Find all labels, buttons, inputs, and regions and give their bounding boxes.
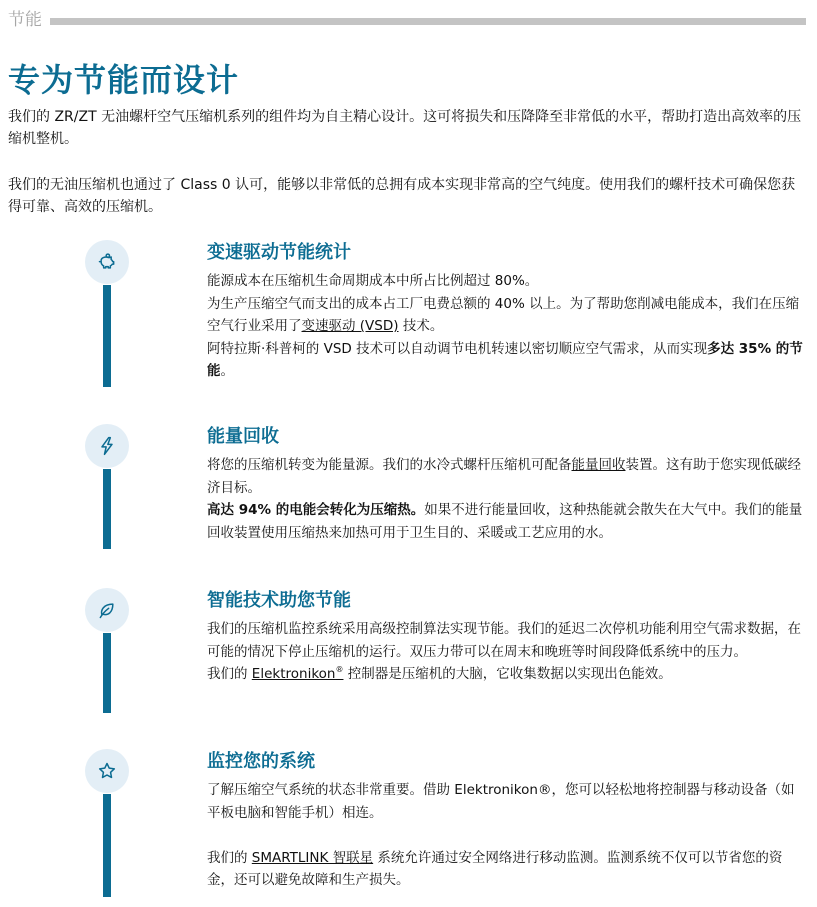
text: 为生产压缩空气而支出的成本占工厂电费总额的 40% 以上。为了帮助您削减电能成本…: [207, 296, 799, 335]
feature-paragraph: 为生产压缩空气而支出的成本占工厂电费总额的 40% 以上。为了帮助您削减电能成本…: [207, 293, 807, 338]
intro-paragraph-1: 我们的 ZR/ZT 无油螺杆空气压缩机系列的组件均为自主精心设计。这可将损失和压…: [8, 106, 808, 150]
section-label: 节能: [8, 7, 42, 33]
icon-circle: [85, 588, 129, 632]
timeline-marker: [85, 424, 129, 468]
text: 控制器是压缩机的大脑，它收集数据以实现出色能效。: [343, 666, 671, 682]
timeline-bar: [103, 469, 111, 549]
feature-paragraph: 阿特拉斯·科普柯的 VSD 技术可以自动调节电机转速以密切顺应空气需求，从而实现…: [207, 338, 807, 383]
smartlink-link[interactable]: SMARTLINK 智联星: [252, 850, 373, 866]
feature-title: 变速驱动节能统计: [207, 240, 807, 266]
text: 将您的压缩机转变为能量源。我们的水冷式螺杆压缩机可配备: [207, 457, 572, 473]
feature-body: 能量回收 将您的压缩机转变为能量源。我们的水冷式螺杆压缩机可配备能量回收装置。这…: [207, 424, 807, 544]
feature-text: 将您的压缩机转变为能量源。我们的水冷式螺杆压缩机可配备能量回收装置。这有助于您实…: [207, 454, 807, 544]
feature-text: 能源成本在压缩机生命周期成本中所占比例超过 80%。 为生产压缩空气而支出的成本…: [207, 270, 807, 383]
vsd-link[interactable]: 变速驱动 (VSD): [302, 318, 399, 334]
leaf-icon: [97, 600, 117, 620]
feature-paragraph: 高达 94% 的电能会转化为压缩热。如果不进行能量回收，这种热能就会散失在大气中…: [207, 499, 807, 544]
elektronikon-link[interactable]: Elektronikon®: [252, 666, 344, 682]
feature-paragraph: 了解压缩空气系统的状态非常重要。借助 Elektronikon®，您可以轻松地将…: [207, 779, 807, 824]
feature-text: 了解压缩空气系统的状态非常重要。借助 Elektronikon®，您可以轻松地将…: [207, 779, 807, 892]
feature-title: 能量回收: [207, 424, 807, 450]
feature-paragraph: 将您的压缩机转变为能量源。我们的水冷式螺杆压缩机可配备能量回收装置。这有助于您实…: [207, 454, 807, 499]
feature-body: 变速驱动节能统计 能源成本在压缩机生命周期成本中所占比例超过 80%。 为生产压…: [207, 240, 807, 383]
feature-text: 我们的压缩机监控系统采用高级控制算法实现节能。我们的延迟二次停机功能利用空气需求…: [207, 618, 807, 686]
timeline-bar: [103, 633, 111, 713]
feature-paragraph: 我们的压缩机监控系统采用高级控制算法实现节能。我们的延迟二次停机功能利用空气需求…: [207, 618, 807, 663]
timeline-bar: [103, 285, 111, 387]
text: 我们的: [207, 850, 252, 866]
feature-body: 智能技术助您节能 我们的压缩机监控系统采用高级控制算法实现节能。我们的延迟二次停…: [207, 588, 807, 686]
text: 我们的: [207, 666, 252, 682]
lightning-bolt-icon: [97, 436, 117, 456]
page-title: 专为节能而设计: [8, 60, 239, 100]
timeline-bar: [103, 794, 111, 897]
paragraph-gap: [207, 824, 807, 847]
intro-paragraph-2: 我们的无油压缩机也通过了 Class 0 认可，能够以非常低的总拥有成本实现非常…: [8, 174, 808, 218]
feature-paragraph: 我们的 Elektronikon® 控制器是压缩机的大脑，它收集数据以实现出色能…: [207, 663, 807, 686]
icon-circle: [85, 749, 129, 793]
section-divider: [50, 18, 806, 25]
highlight-text: 高达 94% 的电能会转化为压缩热。: [207, 502, 424, 518]
timeline-marker: [85, 588, 129, 632]
piggy-bank-icon: [97, 252, 117, 272]
text: 技术。: [399, 318, 444, 334]
icon-circle: [85, 424, 129, 468]
link-text: Elektronikon: [252, 666, 336, 682]
star-icon: [97, 761, 117, 781]
feature-paragraph: 我们的 SMARTLINK 智联星 系统允许通过安全网络进行移动监测。监测系统不…: [207, 847, 807, 892]
text: 。: [221, 363, 235, 379]
feature-body: 监控您的系统 了解压缩空气系统的状态非常重要。借助 Elektronikon®，…: [207, 749, 807, 892]
feature-title: 监控您的系统: [207, 749, 807, 775]
timeline-marker: [85, 749, 129, 793]
icon-circle: [85, 240, 129, 284]
feature-paragraph: 能源成本在压缩机生命周期成本中所占比例超过 80%。: [207, 270, 807, 293]
timeline-marker: [85, 240, 129, 284]
section-header: 节能: [8, 6, 806, 34]
energy-recovery-link[interactable]: 能量回收: [572, 457, 626, 473]
feature-title: 智能技术助您节能: [207, 588, 807, 614]
text: 阿特拉斯·科普柯的 VSD 技术可以自动调节电机转速以密切顺应空气需求，从而实现: [207, 341, 707, 357]
